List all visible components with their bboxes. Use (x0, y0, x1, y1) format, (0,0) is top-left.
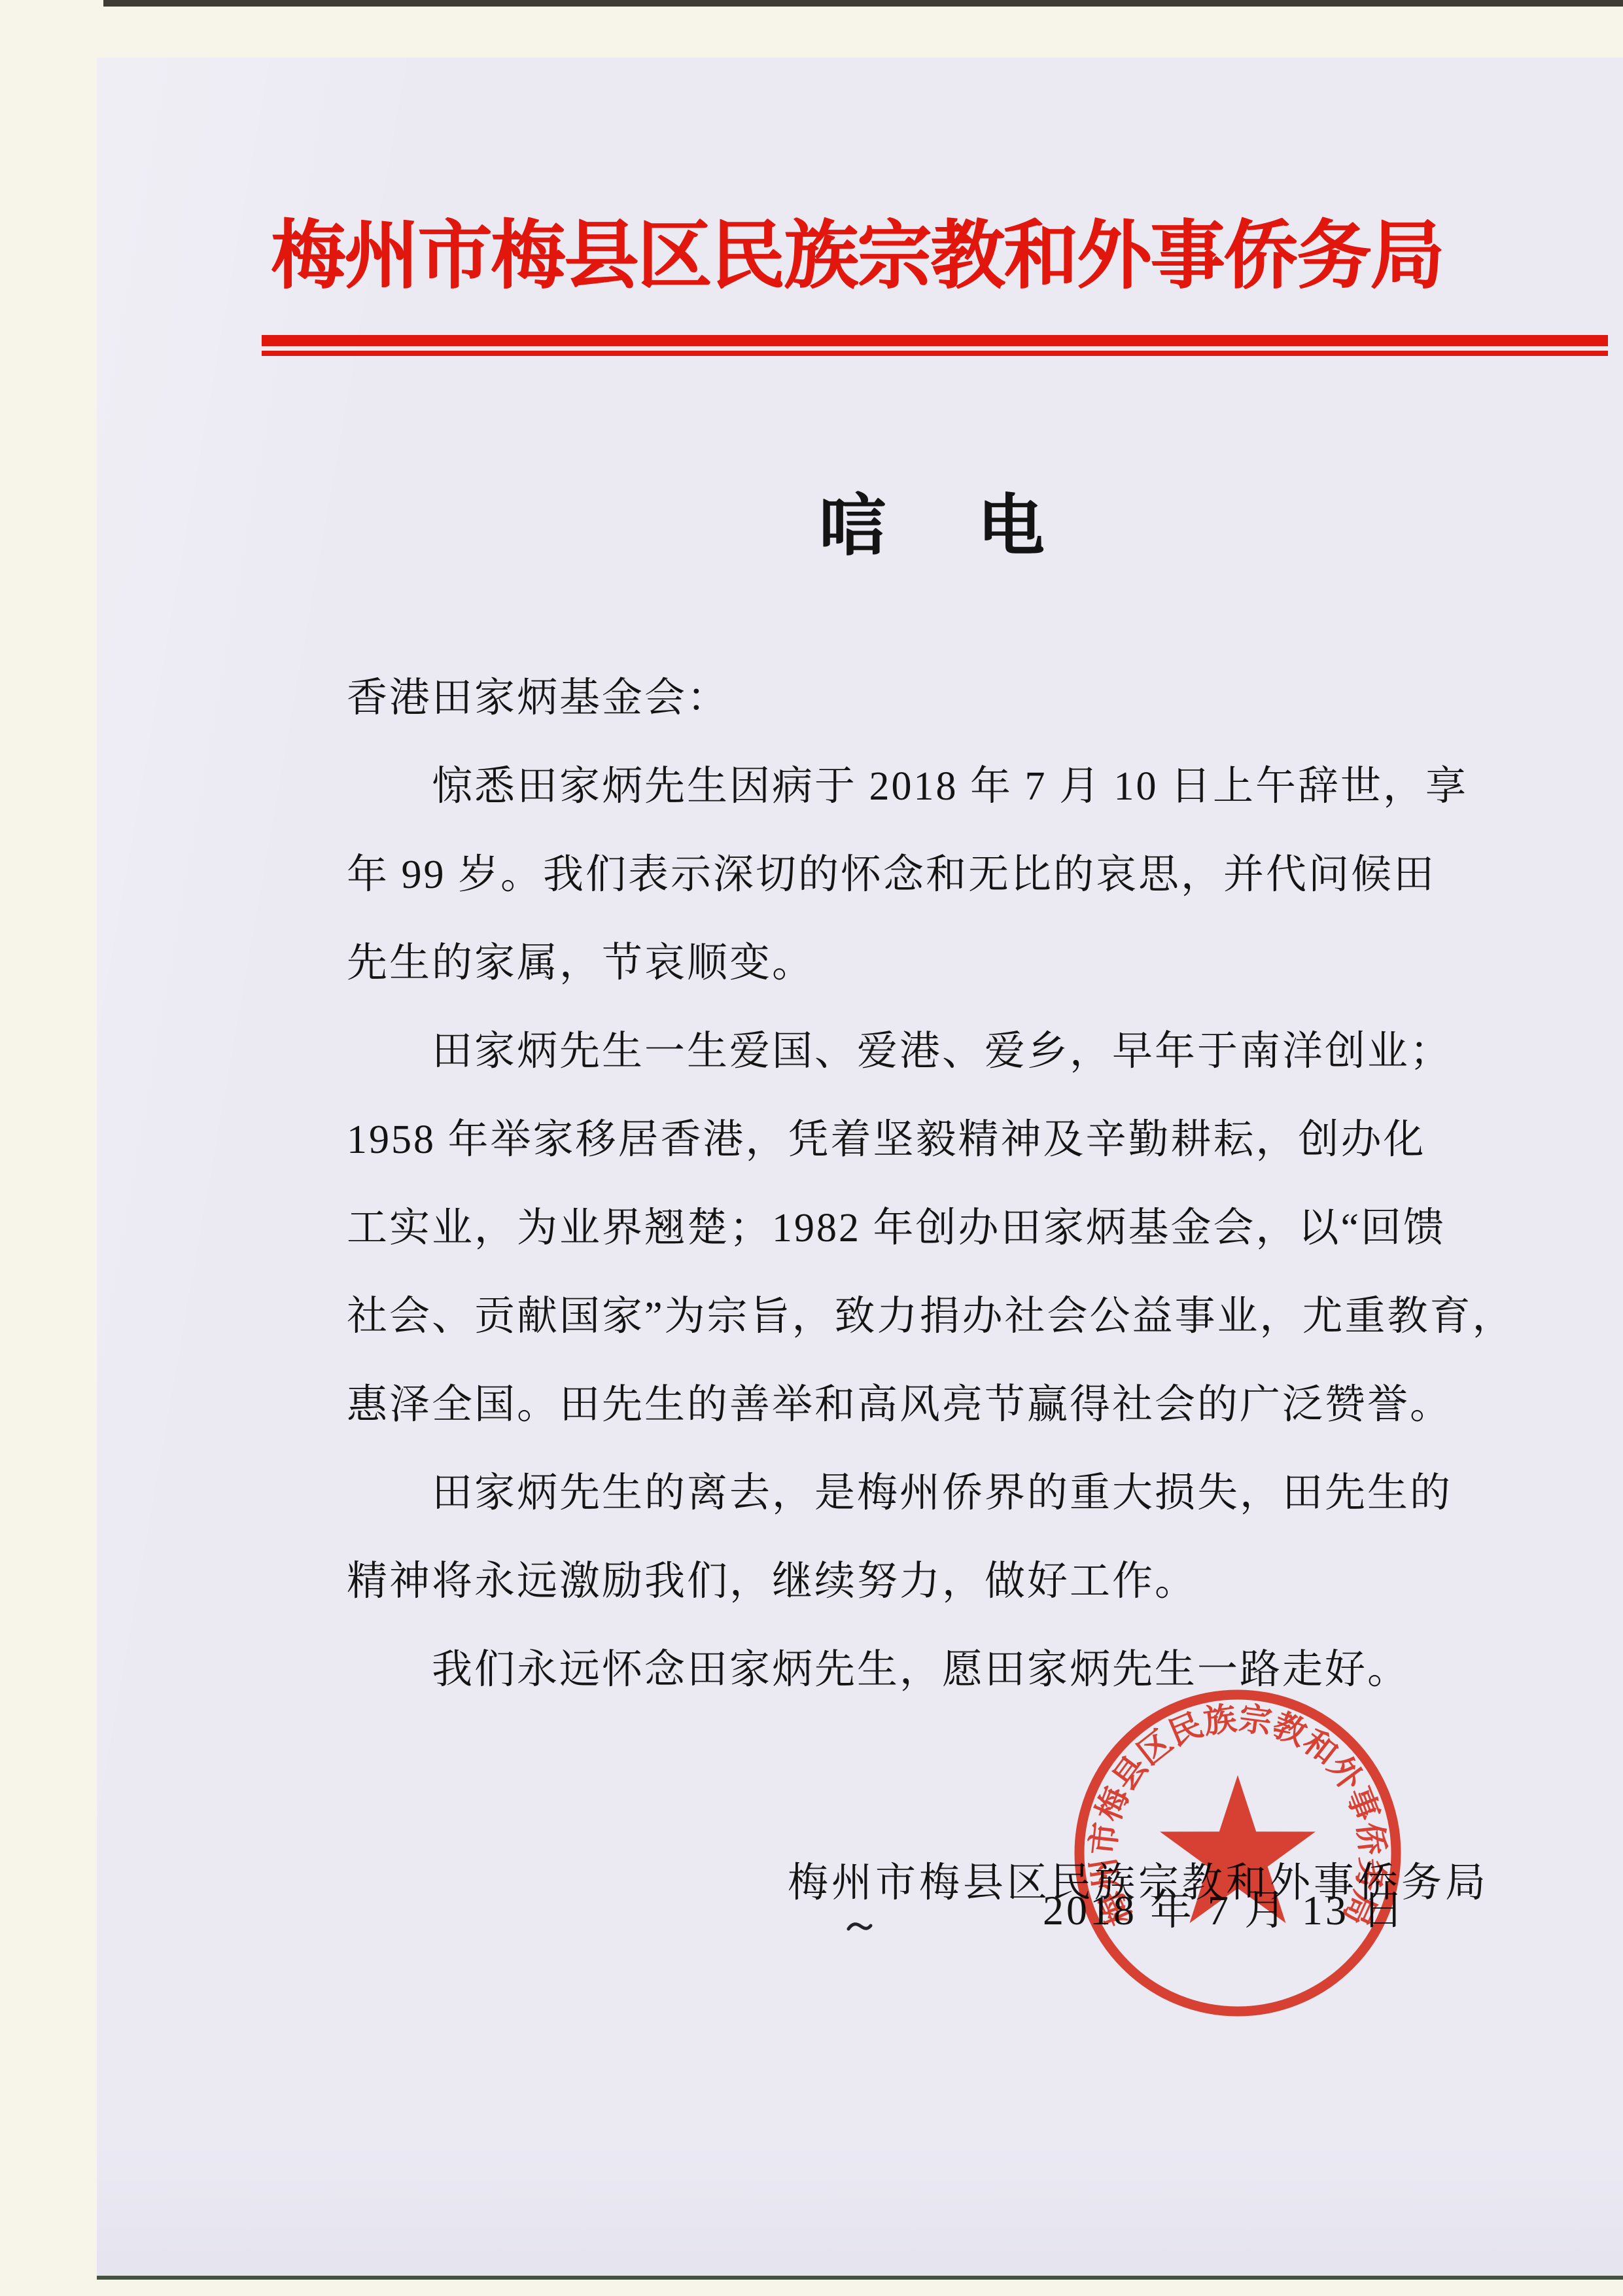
paper-sheet: 梅州市梅县区民族宗教和外事侨务局 唁电 香港田家炳基金会： 惊悉田家炳先生因病于… (97, 58, 1623, 2276)
salutation-line: 香港田家炳基金会： (347, 654, 1472, 743)
letterhead-agency-title: 梅州市梅县区民族宗教和外事侨务局 (271, 212, 1443, 302)
body-line: 年 99 岁。我们表示深切的怀念和无比的哀思，并代问候田 (347, 831, 1472, 919)
letterhead-rule-thin (262, 351, 1608, 356)
body-line: 工实业，为业界翘楚；1982 年创办田家炳基金会，以“回馈 (347, 1184, 1472, 1273)
body-line: 田家炳先生一生爱国、爱港、爱乡，早年于南洋创业； (347, 1008, 1472, 1096)
body-line: 田家炳先生的离去，是梅州侨界的重大损失，田先生的 (347, 1449, 1472, 1538)
letterhead-rule-thick (262, 335, 1608, 346)
body-line: 社会、贡献国家”为宗旨，致力捐办社会公益事业，尤重教育， (347, 1273, 1472, 1361)
body-text: 香港田家炳基金会： 惊悉田家炳先生因病于 2018 年 7 月 10 日上午辞世… (347, 654, 1472, 1714)
scanner-edge-shadow-top (103, 0, 1623, 7)
document-title: 唁电 (819, 491, 1044, 564)
body-line: 惊悉田家炳先生因病于 2018 年 7 月 10 日上午辞世，享 (347, 743, 1472, 831)
document-title-char-2: 电 (977, 490, 1044, 564)
body-line: 1958 年举家移居香港，凭着坚毅精神及辛勤耕耘，创办化 (347, 1096, 1472, 1184)
paper-bottom-edge (97, 2276, 1623, 2280)
body-line: 精神将永远激励我们，继续努力，做好工作。 (347, 1538, 1472, 1626)
body-line: 惠泽全国。田先生的善举和高风亮节赢得社会的广泛赞誉。 (347, 1361, 1472, 1449)
seal-star-icon (1160, 1775, 1316, 1923)
document-title-char-1: 唁 (819, 490, 886, 564)
scanned-condolence-telegram: 梅州市梅县区民族宗教和外事侨务局 唁电 香港田家炳基金会： 惊悉田家炳先生因病于… (0, 0, 1623, 2296)
official-seal: 梅州市梅县区民族宗教和外事侨务局 (1068, 1682, 1408, 2022)
body-line: 先生的家属，节哀顺变。 (347, 919, 1472, 1008)
ink-smudge (846, 1920, 873, 1934)
